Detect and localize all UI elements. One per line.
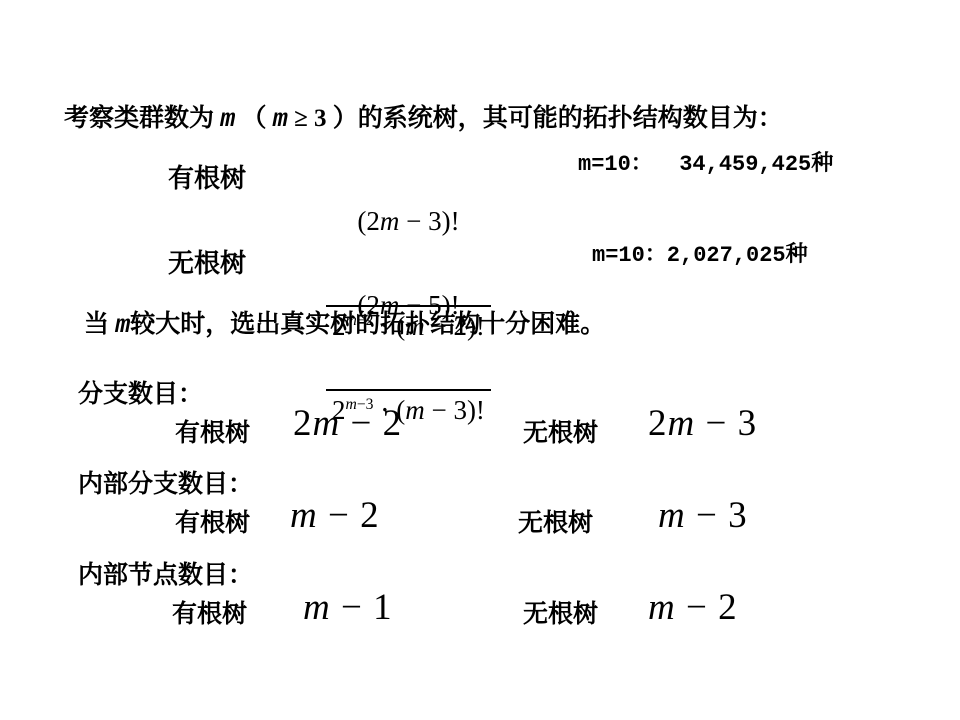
slide: 考察类群数为 m （ m ≥ 3 ）的系统树，其可能的拓扑结构数目为： 有根树 … <box>0 0 960 720</box>
formula-rest: − 2 <box>676 587 738 628</box>
intro-text-mid: （ <box>235 105 273 132</box>
formula-var-m: m <box>668 403 696 444</box>
intro-text-pre: 考察类群数为 <box>64 105 220 132</box>
formula-rest: − 2 <box>340 403 402 444</box>
formula-var-m: m <box>658 495 686 536</box>
internal-branch-rooted-label: 有根树 <box>175 503 250 539</box>
formula-var-m: m <box>648 587 676 628</box>
rooted-tree-label: 有根树 <box>168 158 246 195</box>
branch-rooted-label: 有根树 <box>175 413 250 449</box>
internal-node-rooted-label: 有根树 <box>172 594 247 630</box>
branch-unrooted-label: 无根树 <box>523 413 598 449</box>
formula-rest: − 1 <box>331 587 393 628</box>
formula-rest: − 3 <box>686 495 748 536</box>
intro-text-post: ≥ 3 ）的系统树，其可能的拓扑结构数目为： <box>288 105 783 132</box>
note-text-post: 较大时，选出真实树的拓扑结构十分困难。 <box>130 311 605 338</box>
internal-node-count-heading: 内部节点数目： <box>78 555 253 591</box>
unrooted-example-count: m=10：2,027,025种 <box>592 237 808 268</box>
internal-node-unrooted-label: 无根树 <box>523 594 598 630</box>
denominator-rest: − 3)! <box>425 395 485 425</box>
internal-branch-rooted-formula: m − 2 <box>290 494 380 537</box>
difficulty-note: 当 m较大时，选出真实树的拓扑结构十分困难。 <box>84 304 605 340</box>
formula-rest: − 3 <box>695 403 757 444</box>
note-text-pre: 当 <box>84 311 115 338</box>
denominator-var-m: m <box>405 395 425 425</box>
formula-var-m: m <box>290 495 318 536</box>
rooted-example-count: m=10： 34,459,425种 <box>578 146 833 177</box>
internal-node-unrooted-formula: m − 2 <box>648 586 738 629</box>
formula-var-m: m <box>303 587 331 628</box>
intro-var-m-2: m <box>273 105 288 134</box>
internal-branch-unrooted-label: 无根树 <box>518 503 593 539</box>
internal-branch-unrooted-formula: m − 3 <box>658 494 748 537</box>
formula-var-m: m <box>313 403 341 444</box>
unrooted-tree-label: 无根树 <box>168 243 246 280</box>
intro-sentence: 考察类群数为 m （ m ≥ 3 ）的系统树，其可能的拓扑结构数目为： <box>64 98 783 134</box>
branch-count-heading: 分支数目： <box>78 374 203 410</box>
formula-rest: − 2 <box>318 495 380 536</box>
internal-node-rooted-formula: m − 1 <box>303 586 393 629</box>
note-var-m: m <box>115 311 130 340</box>
branch-unrooted-formula: 2m − 3 <box>648 402 757 445</box>
formula-coef: 2 <box>293 403 313 444</box>
internal-branch-count-heading: 内部分支数目： <box>78 464 253 500</box>
unrooted-topology-fraction: (2m − 5)! 2m−3 ⋅ (m − 3)! <box>326 224 491 491</box>
branch-rooted-formula: 2m − 2 <box>293 402 402 445</box>
formula-coef: 2 <box>648 403 668 444</box>
intro-var-m-1: m <box>220 105 235 134</box>
